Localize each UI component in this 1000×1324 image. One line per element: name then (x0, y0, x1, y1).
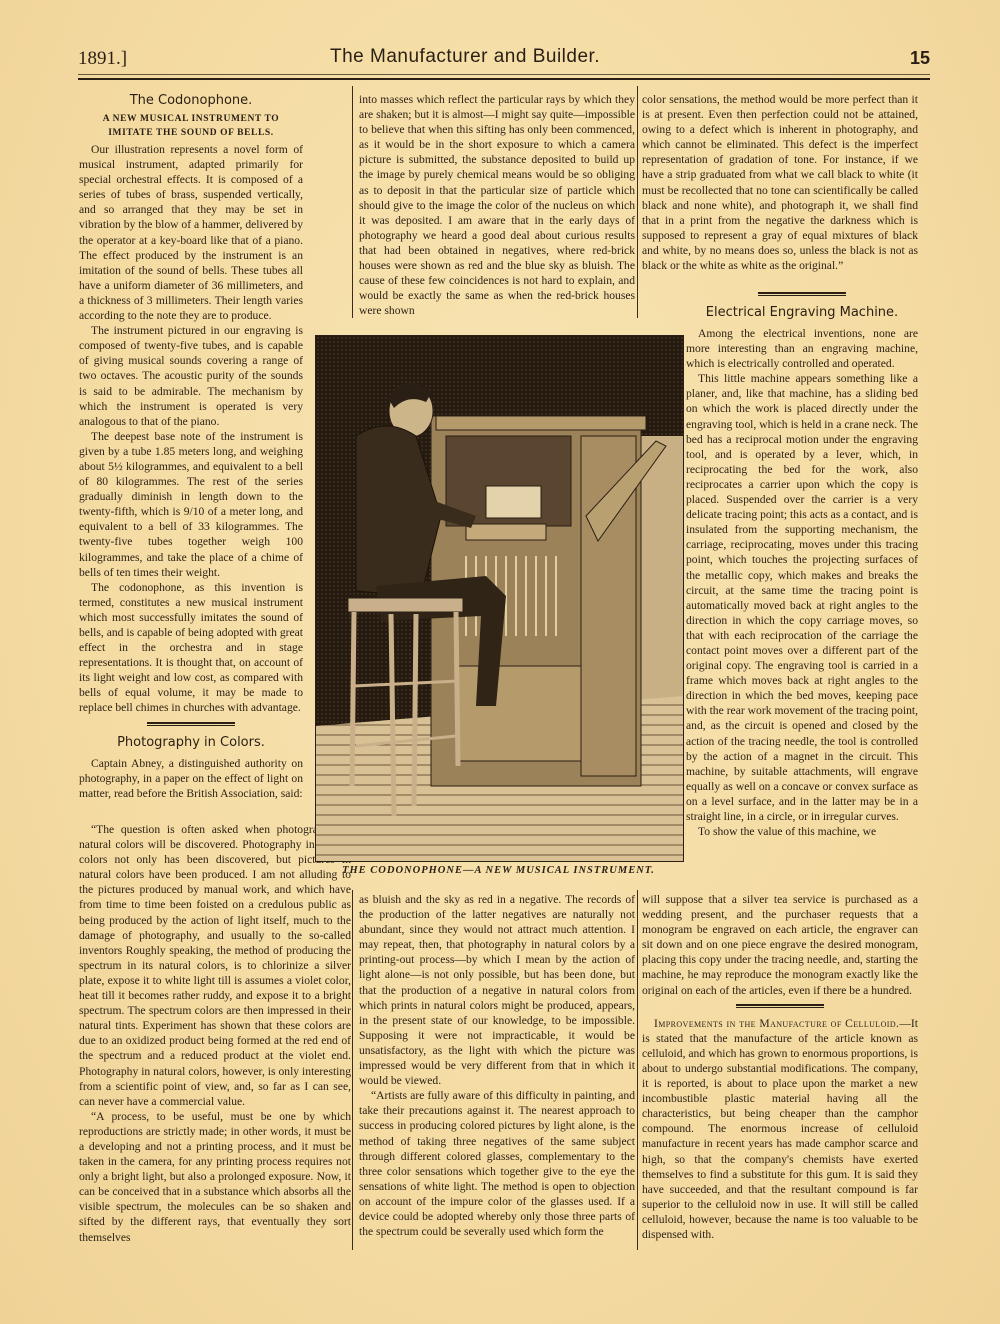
article-photography-col1: “The question is often asked when photog… (79, 822, 351, 1245)
paragraph: Our illustration represents a novel form… (79, 142, 303, 323)
issue-year: 1891.] (78, 48, 127, 70)
article-photography-col2-top: into masses which reflect the particular… (359, 92, 635, 318)
article-codonophone: The Codonophone. A NEW MUSICAL INSTRUMEN… (79, 92, 303, 801)
article-engraving: Electrical Engraving Machine. Among the … (686, 286, 918, 839)
codonophone-illustration (315, 335, 684, 862)
codonophone-engraving-icon (316, 336, 683, 861)
header-rule-thin (78, 74, 930, 75)
running-head: 1891.] The Manufacturer and Builder. 15 (78, 44, 930, 74)
article-photography-col3-top: color sensations, the method would be mo… (642, 92, 918, 273)
article-subtitle: A NEW MUSICAL INSTRUMENT TO IMITATE THE … (79, 112, 303, 140)
publication-title: The Manufacturer and Builder. (330, 46, 600, 68)
paragraph: Captain Abney, a distinguished authority… (79, 756, 303, 801)
paragraph: “A process, to be useful, must be one by… (79, 1109, 351, 1245)
paragraph: To show the value of this machine, we (686, 824, 918, 839)
article-engraving-continued: will suppose that a silver tea service i… (642, 892, 918, 1242)
paragraph: This little machine appears something li… (686, 371, 918, 824)
paragraph: as bluish and the sky as red in a negati… (359, 892, 635, 1088)
paragraph: “Artists are fully aware of this difficu… (359, 1088, 635, 1239)
page-number: 15 (910, 48, 930, 69)
article-title: Electrical Engraving Machine. (686, 304, 918, 322)
celluloid-body: —It is stated that the manufacture of th… (642, 1017, 918, 1241)
section-separator (758, 292, 846, 296)
article-photography-col2-bottom: as bluish and the sky as red in a negati… (359, 892, 635, 1239)
paragraph: The codonophone, as this invention is te… (79, 580, 303, 716)
paragraph: Among the electrical inventions, none ar… (686, 326, 918, 371)
paragraph: into masses which reflect the particular… (359, 92, 635, 318)
section-separator (147, 722, 235, 726)
section-separator (736, 1004, 824, 1008)
celluloid-lead: Improvements in the Manufacture of Cellu… (654, 1017, 899, 1030)
column-divider (352, 86, 353, 318)
paragraph: “The question is often asked when photog… (79, 822, 351, 1109)
column-divider (352, 890, 353, 1250)
article-title: The Codonophone. (79, 92, 303, 110)
illustration-caption: THE CODONOPHONE—A NEW MUSICAL INSTRUMENT… (315, 865, 682, 876)
paragraph: The deepest base note of the instrument … (79, 429, 303, 580)
article-title: Photography in Colors. (79, 734, 303, 752)
header-rule (78, 78, 930, 80)
paragraph: color sensations, the method would be mo… (642, 92, 918, 273)
paragraph: Improvements in the Manufacture of Cellu… (642, 1016, 918, 1242)
paragraph: The instrument pictured in our engraving… (79, 323, 303, 429)
column-divider (637, 890, 638, 1250)
magazine-page: 1891.] The Manufacturer and Builder. 15 … (0, 0, 1000, 1324)
column-divider (637, 86, 638, 318)
paragraph: will suppose that a silver tea service i… (642, 892, 918, 998)
